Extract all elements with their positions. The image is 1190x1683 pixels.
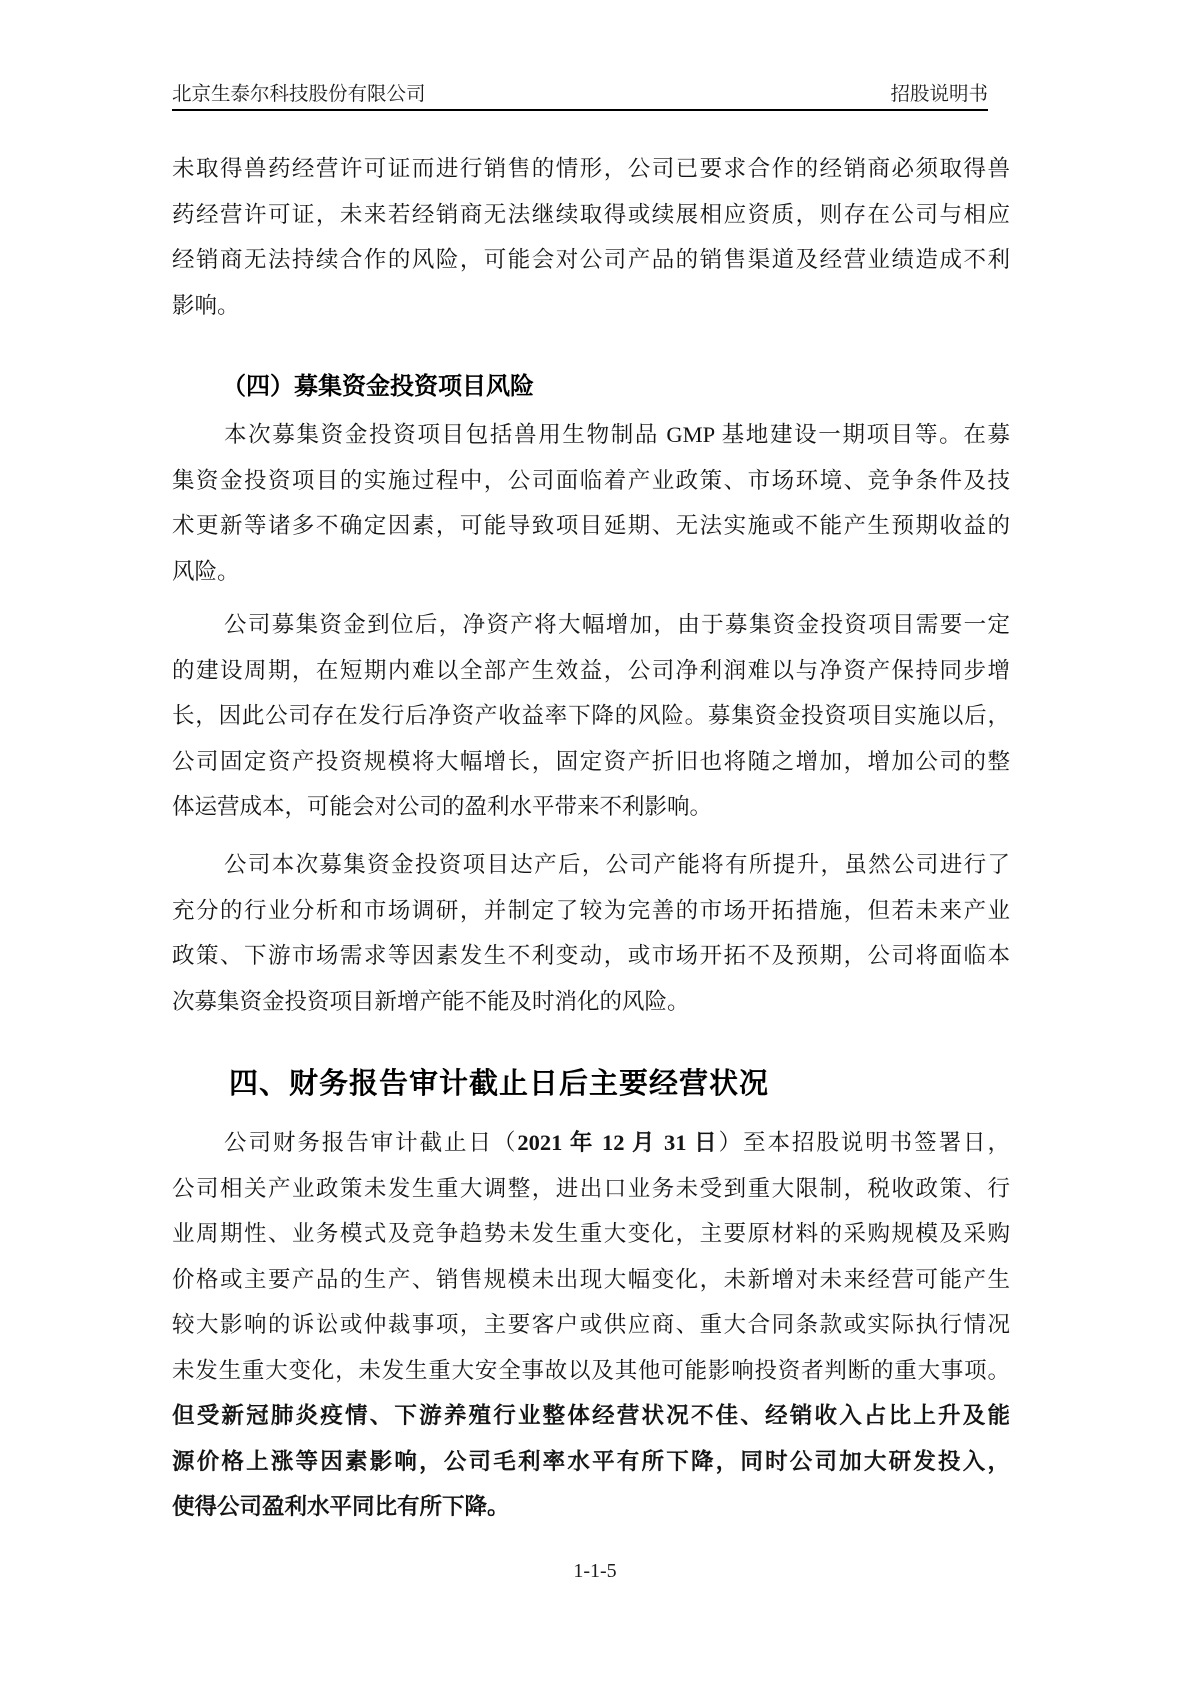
text-line: 未发生重大变化，未发生重大安全事故以及其他可能影响投资者判断的重大事项。 [172, 1348, 1010, 1394]
audit-date-post: ）至本招股说明书签署日， [719, 1130, 1010, 1155]
text-line: 本次募集资金投资项目包括兽用生物制品 GMP 基地建设一期项目等。在募 [172, 412, 1010, 458]
text-line: 术更新等诸多不确定因素，可能导致项目延期、无法实施或不能产生预期收益的 [172, 503, 1010, 549]
text-line: 充分的行业分析和市场调研，并制定了较为完善的市场开拓措施，但若未来产业 [172, 888, 1010, 934]
text-line: 公司本次募集资金投资项目达产后，公司产能将有所提升，虽然公司进行了 [172, 842, 1010, 888]
text-line: 公司募集资金到位后，净资产将大幅增加，由于募集资金投资项目需要一定 [172, 602, 1010, 648]
text-line: 影响。 [172, 283, 1010, 329]
header-rule [172, 109, 988, 111]
paragraph-net-asset-risk: 公司募集资金到位后，净资产将大幅增加，由于募集资金投资项目需要一定 的建设周期，… [172, 602, 1010, 830]
text-line: 价格或主要产品的生产、销售规模未出现大幅变化，未新增对未来经营可能产生 [172, 1257, 1010, 1303]
text-line: 公司相关产业政策未发生重大调整，进出口业务未受到重大限制，税收政策、行 [172, 1166, 1010, 1212]
emphasis-text-line: 使得公司盈利水平同比有所下降。 [172, 1484, 1010, 1530]
paragraph-dealer-risk: 未取得兽药经营许可证而进行销售的情形，公司已要求合作的经销商必须取得兽 药经营许… [172, 146, 1010, 328]
header-doc-type: 招股说明书 [890, 84, 988, 106]
heading-fundraising-risk: （四）募集资金投资项目风险 [172, 365, 1010, 411]
paragraph-project-uncertainty: 本次募集资金投资项目包括兽用生物制品 GMP 基地建设一期项目等。在募 集资金投… [172, 412, 1010, 594]
text-line: 长，因此公司存在发行后净资产收益率下降的风险。募集资金投资项目实施以后， [172, 693, 1010, 739]
paragraph-capacity-risk: 公司本次募集资金投资项目达产后，公司产能将有所提升，虽然公司进行了 充分的行业分… [172, 842, 1010, 1024]
audit-date-pre: 公司财务报告审计截止日（ [224, 1130, 517, 1155]
page-number: 1-1-5 [573, 1560, 616, 1582]
text-line: 经销商无法持续合作的风险，可能会对公司产品的销售渠道及经营业绩造成不利 [172, 237, 1010, 283]
text-line: 的建设周期，在短期内难以全部产生效益，公司净利润难以与净资产保持同步增 [172, 648, 1010, 694]
emphasis-text-line: 但受新冠肺炎疫情、下游养殖行业整体经营状况不佳、经销收入占比上升及能 [172, 1393, 1010, 1439]
text-line: 较大影响的诉讼或仲裁事项，主要客户或供应商、重大合同条款或实际执行情况 [172, 1302, 1010, 1348]
text-line: 风险。 [172, 549, 1010, 595]
audit-cutoff-date: 2021 年 12 月 31 日 [517, 1130, 718, 1155]
text-line: 政策、下游市场需求等因素发生不利变动，或市场开拓不及预期，公司将面临本 [172, 933, 1010, 979]
document-page: 北京生泰尔科技股份有限公司 招股说明书 未取得兽药经营许可证而进行销售的情形，公… [0, 0, 1190, 1683]
text-line: 未取得兽药经营许可证而进行销售的情形，公司已要求合作的经销商必须取得兽 [172, 146, 1010, 192]
header-company-name: 北京生泰尔科技股份有限公司 [172, 84, 426, 106]
text-line: 公司固定资产投资规模将大幅增长，固定资产折旧也将随之增加，增加公司的整 [172, 739, 1010, 785]
emphasis-text-line: 源价格上涨等因素影响，公司毛利率水平有所下降，同时公司加大研发投入， [172, 1439, 1010, 1485]
page-footer: 1-1-5 [0, 1560, 1190, 1583]
page-header: 北京生泰尔科技股份有限公司 招股说明书 [172, 84, 988, 106]
text-line: 集资金投资项目的实施过程中，公司面临着产业政策、市场环境、竞争条件及技 [172, 458, 1010, 504]
heading-section4: 四、财务报告审计截止日后主要经营状况 [172, 1061, 1010, 1107]
text-line: 次募集资金投资项目新增产能不能及时消化的风险。 [172, 979, 1010, 1025]
text-line: 公司财务报告审计截止日（2021 年 12 月 31 日）至本招股说明书签署日， [172, 1120, 1010, 1166]
text-line: 体运营成本，可能会对公司的盈利水平带来不利影响。 [172, 784, 1010, 830]
text-line: 药经营许可证，未来若经销商无法继续取得或续展相应资质，则存在公司与相应 [172, 192, 1010, 238]
paragraph-after-audit: 公司财务报告审计截止日（2021 年 12 月 31 日）至本招股说明书签署日，… [172, 1120, 1010, 1530]
text-line: 业周期性、业务模式及竞争趋势未发生重大变化，主要原材料的采购规模及采购 [172, 1211, 1010, 1257]
